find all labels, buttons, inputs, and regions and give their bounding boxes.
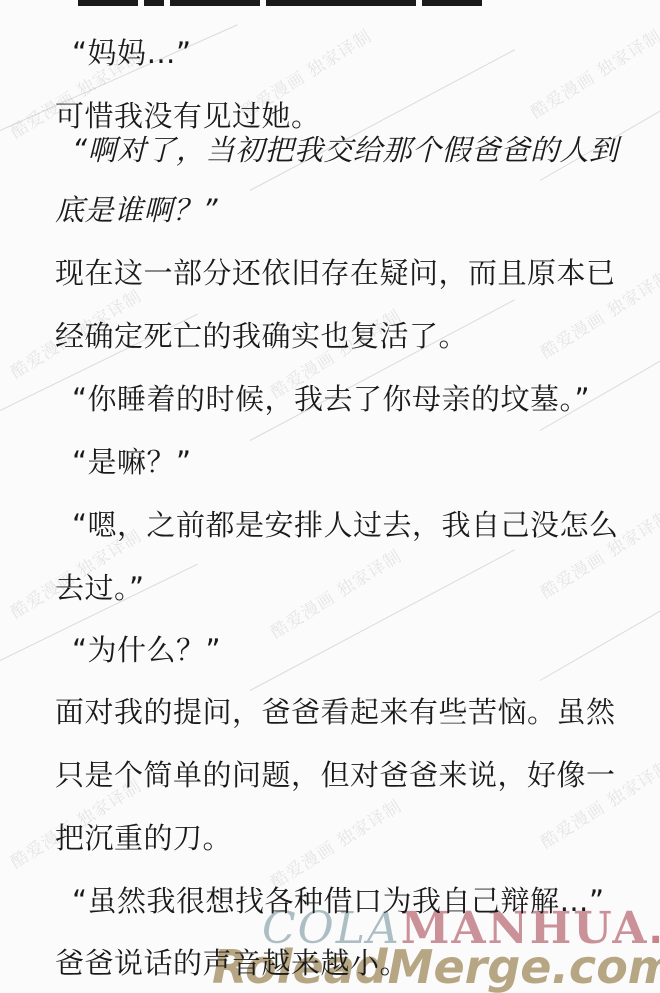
watermark-stroke [540,610,660,681]
text-line: 把沉重的刀。 [55,820,232,856]
text-line: “为什么？” [72,632,221,668]
watermark-stroke [250,549,515,691]
text-line: “啊对了，当初把我交给那个假爸爸的人到 [72,132,619,168]
novel-page: 酷爱漫画 独家译制 酷爱漫画 独家译制 酷爱漫画 独家译制 酷爱漫画 独家译制 … [0,0,660,993]
text-line: 底是谁啊？” [55,192,218,228]
text-line: “妈妈…” [72,35,192,71]
watermark-text: 酷爱漫画 独家译制 [525,22,660,123]
clipped-top-line [78,0,498,10]
text-line: 可惜我没有见过她。 [55,98,321,134]
text-line: 只是个简单的问题，但对爸爸来说，好像一 [55,757,616,793]
text-line: 现在这一部分还依旧存在疑问，而且原本已 [55,255,616,291]
text-line: “是嘛？” [72,444,192,480]
text-line: 经确定死亡的我确实也复活了。 [55,318,468,354]
text-line: “嗯，之前都是安排人过去，我自己没怎么 [72,507,619,543]
watermark-text: 酷爱漫画 独家译制 [265,792,406,893]
text-line: “你睡着的时候，我去了你母亲的坟墓。” [72,381,590,417]
text-line: 面对我的提问，爸爸看起来有些苦恼。虽然 [55,694,616,730]
text-line: “虽然我很想找各种借口为我自己辩解…” [72,883,605,919]
watermark-text: 酷爱漫画 独家译制 [265,542,406,643]
text-line: 爸爸说话的声音越来越小。 [55,945,409,981]
text-line: 去过。” [55,570,145,606]
